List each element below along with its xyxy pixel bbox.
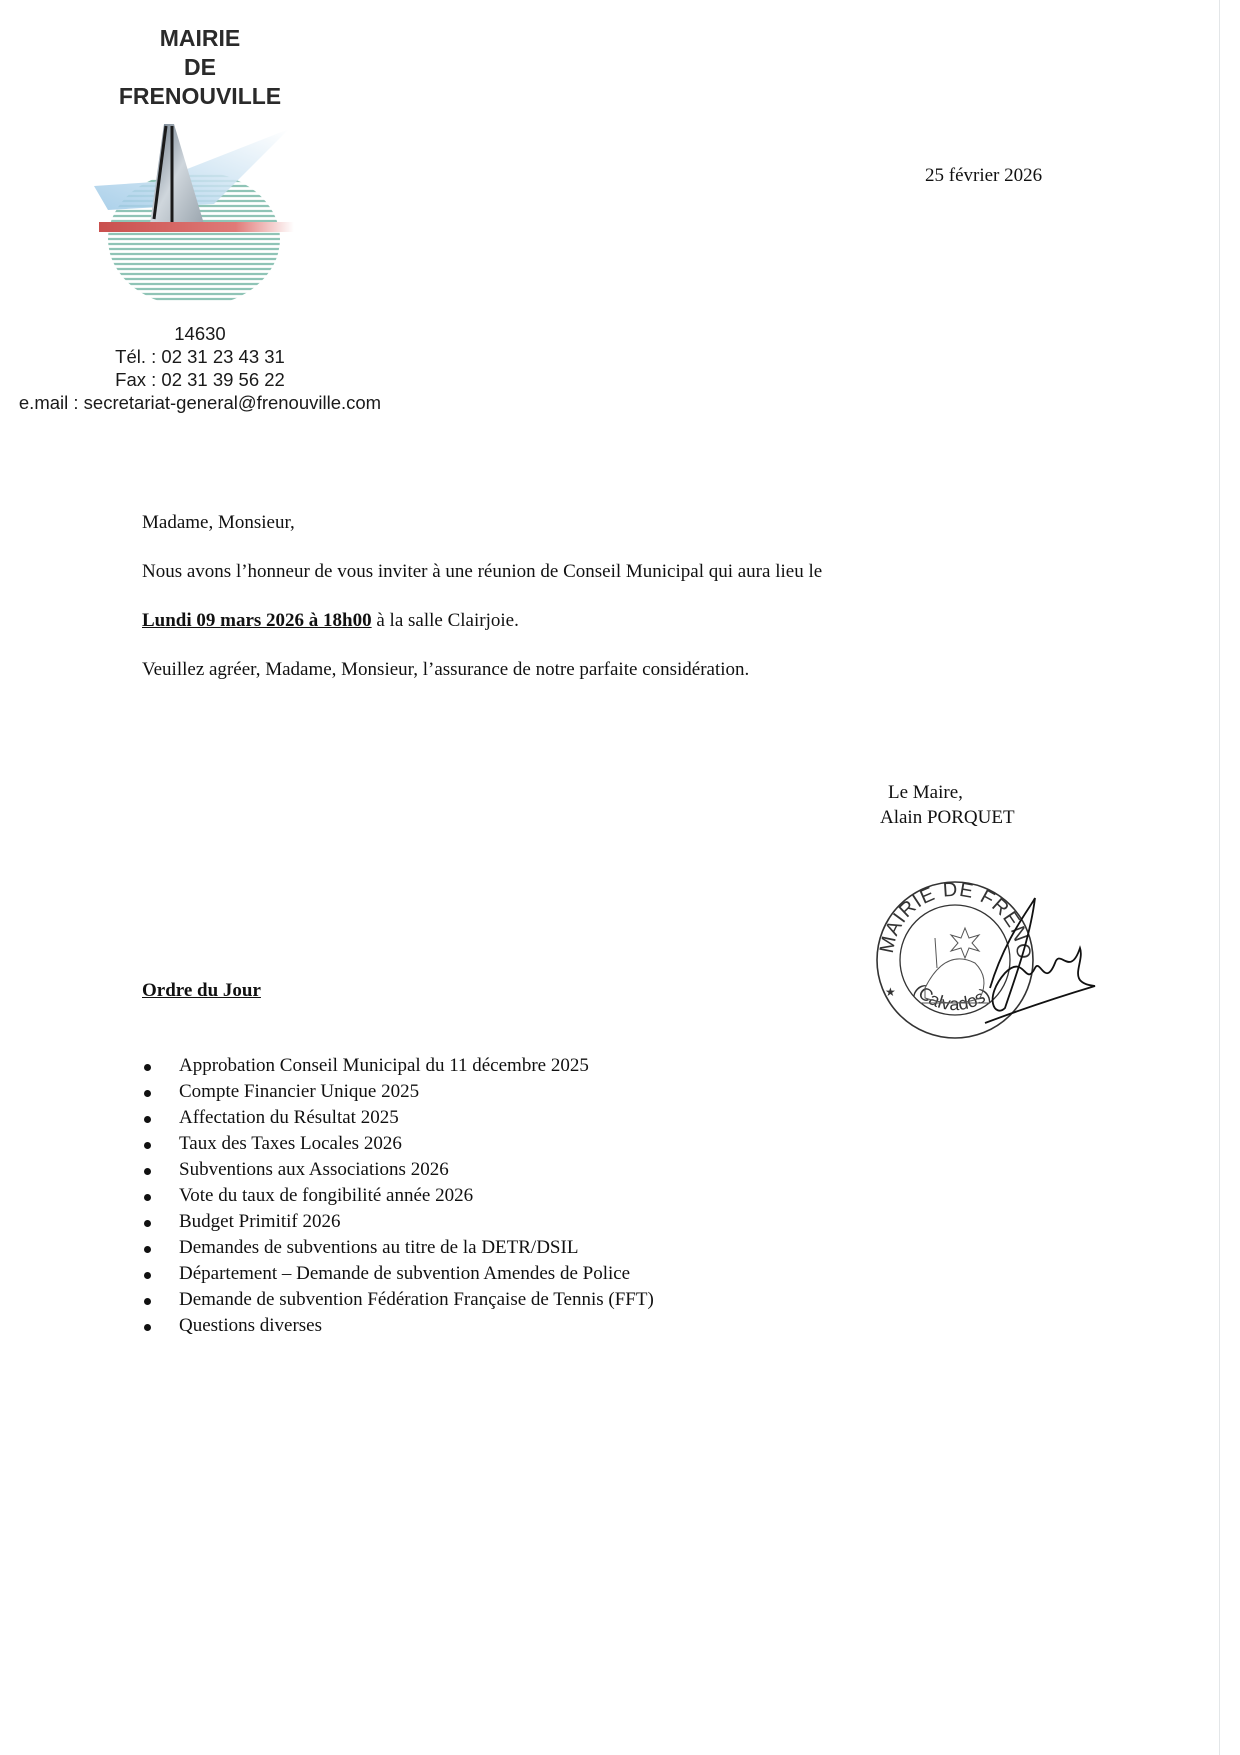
meeting-place: à la salle Clairjoie. <box>372 610 519 631</box>
letter-date: 25 février 2026 <box>925 165 1042 187</box>
agenda-item: Département – Demande de subvention Amen… <box>142 1261 654 1287</box>
agenda-item: Demandes de subventions au titre de la D… <box>142 1235 654 1261</box>
title-line: DE <box>90 53 310 82</box>
meeting-datetime: Lundi 09 mars 2026 à 18h00 <box>142 610 372 631</box>
signatory-name: Alain PORQUET <box>880 805 1015 830</box>
agenda-item: Subventions aux Associations 2026 <box>142 1157 654 1183</box>
agenda-item: Compte Financier Unique 2025 <box>142 1079 654 1105</box>
closing-text: Veuillez agréer, Madame, Monsieur, l’ass… <box>142 659 749 681</box>
agenda-item: Taux des Taxes Locales 2026 <box>142 1131 654 1157</box>
agenda-title: Ordre du Jour <box>142 980 261 1002</box>
title-line: FRENOUVILLE <box>90 82 310 111</box>
page-edge <box>1219 0 1220 1755</box>
postal-code: 14630 <box>0 322 400 345</box>
invitation-text: Nous avons l’honneur de vous inviter à u… <box>142 561 822 583</box>
agenda-item: Budget Primitif 2026 <box>142 1209 654 1235</box>
agenda-item: Questions diverses <box>142 1313 654 1339</box>
agenda-item: Demande de subvention Fédération Françai… <box>142 1287 654 1313</box>
agenda-list: Approbation Conseil Municipal du 11 déce… <box>142 1053 654 1339</box>
signatory-role: Le Maire, <box>880 780 1015 805</box>
agenda-item: Vote du taux de fongibilité année 2026 <box>142 1183 654 1209</box>
phone-number: Tél. : 02 31 23 43 31 <box>0 345 400 368</box>
letterhead-title: MAIRIE DE FRENOUVILLE <box>90 24 310 111</box>
official-seal-icon: MAIRIE DE FRENOUVILLE (Calvados) ★ <box>865 868 1105 1048</box>
fax-number: Fax : 02 31 39 56 22 <box>0 368 400 391</box>
agenda-item: Approbation Conseil Municipal du 11 déce… <box>142 1053 654 1079</box>
contact-info: 14630 Tél. : 02 31 23 43 31 Fax : 02 31 … <box>0 322 400 414</box>
email-address[interactable]: e.mail : secretariat-general@frenouville… <box>0 391 400 414</box>
signature-block: Le Maire, Alain PORQUET <box>880 780 1015 830</box>
salutation: Madame, Monsieur, <box>142 512 295 534</box>
svg-text:★: ★ <box>885 985 896 999</box>
meeting-line: Lundi 09 mars 2026 à 18h00 à la salle Cl… <box>142 610 519 632</box>
agenda-item: Affectation du Résultat 2025 <box>142 1105 654 1131</box>
sailboat-logo-icon <box>94 124 294 309</box>
title-line: MAIRIE <box>90 24 310 53</box>
